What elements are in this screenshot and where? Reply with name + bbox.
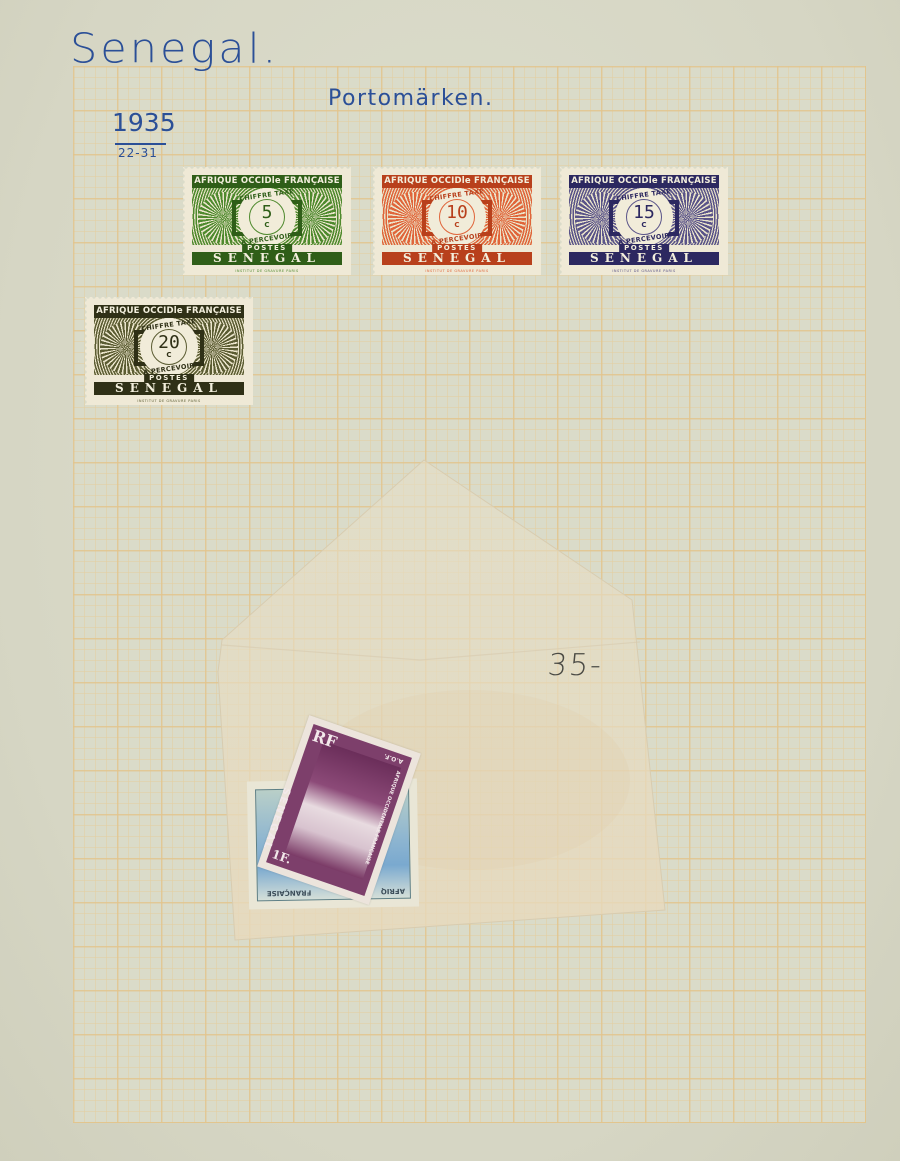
stamp-center-panel: CHIFFRE TAXE15CA PERCEVOIR bbox=[569, 188, 719, 245]
stamp-imprint: INSTITUT DE GRAVURE PARIS bbox=[94, 399, 244, 403]
stamp-value: 10 bbox=[446, 204, 468, 221]
stamp-country: SENEGAL bbox=[569, 252, 719, 265]
stamp-top-legend: AFRIQUE OCCIDle FRANÇAISE bbox=[94, 305, 244, 318]
country-title: Senegal. bbox=[70, 25, 279, 73]
stamp-design: AFRIQUE OCCIDle FRANÇAISECHIFFRE TAXE20C… bbox=[94, 305, 244, 395]
catalogue-range: 22-31 bbox=[118, 146, 158, 160]
stamp-unit: C bbox=[454, 221, 459, 229]
stamp-top-legend: AFRIQUE OCCIDle FRANÇAISE bbox=[569, 175, 719, 188]
stamp-country: SENEGAL bbox=[192, 252, 342, 265]
stamp-value: 15 bbox=[633, 204, 655, 221]
value-medallion: CHIFFRE TAXE20CA PERCEVOIR bbox=[140, 318, 198, 375]
stamp-imprint: INSTITUT DE GRAVURE PARIS bbox=[192, 269, 342, 273]
value-medallion: CHIFFRE TAXE15CA PERCEVOIR bbox=[615, 188, 673, 245]
stamp-imprint: INSTITUT DE GRAVURE PARIS bbox=[382, 269, 532, 273]
stamp-top-legend: AFRIQUE OCCIDle FRANÇAISE bbox=[382, 175, 532, 188]
stamp-postage-due-15c[interactable]: AFRIQUE OCCIDle FRANÇAISECHIFFRE TAXE15C… bbox=[560, 167, 728, 275]
stamp-center-panel: CHIFFRE TAXE5CA PERCEVOIR bbox=[192, 188, 342, 245]
stamp-design: AFRIQUE OCCIDle FRANÇAISECHIFFRE TAXE5CA… bbox=[192, 175, 342, 265]
stamp-center-panel: CHIFFRE TAXE10CA PERCEVOIR bbox=[382, 188, 532, 245]
stamp-unit: C bbox=[641, 221, 646, 229]
stamp-value: 20 bbox=[158, 334, 180, 351]
stamp-country: SENEGAL bbox=[382, 252, 532, 265]
stamp-blue-side-text: AFRIQ bbox=[381, 887, 405, 895]
issue-year: 1935 bbox=[112, 108, 176, 137]
stamp-postage-due-20c[interactable]: AFRIQUE OCCIDle FRANÇAISECHIFFRE TAXE20C… bbox=[85, 297, 253, 405]
stamp-center-panel: CHIFFRE TAXE20CA PERCEVOIR bbox=[94, 318, 244, 375]
price-note: 35- bbox=[546, 648, 605, 683]
section-subtitle: Portomärken. bbox=[328, 86, 493, 111]
stamp-country: SENEGAL bbox=[94, 382, 244, 395]
value-medallion: CHIFFRE TAXE5CA PERCEVOIR bbox=[238, 188, 296, 245]
stamp-unit: C bbox=[264, 221, 269, 229]
stamp-postage-due-5c[interactable]: AFRIQUE OCCIDle FRANÇAISECHIFFRE TAXE5CA… bbox=[183, 167, 351, 275]
stamp-unit: C bbox=[166, 351, 171, 359]
stamp-postage-due-10c[interactable]: AFRIQUE OCCIDle FRANÇAISECHIFFRE TAXE10C… bbox=[373, 167, 541, 275]
stamp-value: 5 bbox=[262, 204, 273, 221]
stamp-design: AFRIQUE OCCIDle FRANÇAISECHIFFRE TAXE10C… bbox=[382, 175, 532, 265]
year-underline bbox=[115, 143, 166, 145]
stamp-imprint: INSTITUT DE GRAVURE PARIS bbox=[569, 269, 719, 273]
value-medallion: CHIFFRE TAXE10CA PERCEVOIR bbox=[428, 188, 486, 245]
stamp-blue-bottom-text: FRANÇAISE bbox=[267, 888, 312, 897]
stamp-top-legend: AFRIQUE OCCIDle FRANÇAISE bbox=[192, 175, 342, 188]
stamp-design: AFRIQUE OCCIDle FRANÇAISECHIFFRE TAXE15C… bbox=[569, 175, 719, 265]
